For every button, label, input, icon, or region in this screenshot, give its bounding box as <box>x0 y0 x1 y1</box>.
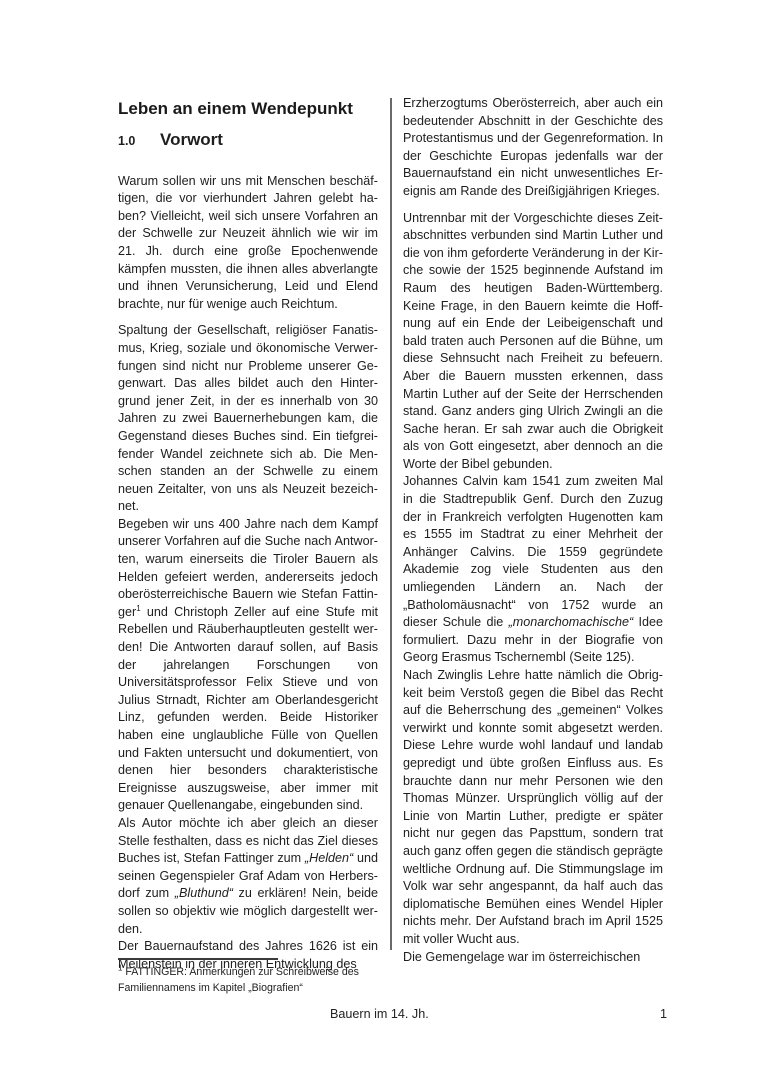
paragraph: Nach Zwinglis Lehre hatte nämlich die Ob… <box>403 667 663 949</box>
footnote-text: FATTINGER: Anmerkungen zur Schreibweise … <box>118 966 359 994</box>
emphasis-text: „monarchomachi­sche“ <box>509 615 634 629</box>
paragraph-text: Johannes Calvin kam 1541 zum zweiten Mal… <box>403 474 663 629</box>
page-number: 1 <box>660 1007 667 1021</box>
paragraph: Untrennbar mit der Vorgeschichte dieses … <box>403 210 663 474</box>
document-title: Leben an einem Wendepunkt <box>118 98 378 120</box>
footer-running-title: Bauern im 14. Jh. <box>330 1007 429 1021</box>
paragraph-text: Begeben wir uns 400 Jahre nach dem Kampf… <box>118 517 378 619</box>
section-number: 1.0 <box>118 133 160 151</box>
paragraph: Als Autor möchte ich aber gleich an dies… <box>118 815 378 938</box>
emphasis-text: „Helden“ <box>305 851 353 865</box>
paragraph: Johannes Calvin kam 1541 zum zweiten Mal… <box>403 473 663 667</box>
right-column: Erzherzogtums Oberösterreich, aber auch … <box>403 95 663 966</box>
paragraph-text: und Christoph Zeller auf eine Stufe mit … <box>118 605 378 813</box>
left-column: Leben an einem Wendepunkt 1.0 Vorwort Wa… <box>118 98 378 973</box>
paragraph: Begeben wir uns 400 Jahre nach dem Kampf… <box>118 516 378 815</box>
paragraph: Die Gemengelage war im österreichischen <box>403 949 663 967</box>
section-heading: 1.0 Vorwort <box>118 131 378 151</box>
emphasis-text: „Bluthund“ <box>175 886 233 900</box>
paragraph: Spaltung der Gesellschaft, religiöser Fa… <box>118 322 378 516</box>
paragraph: Warum sollen wir uns mit Menschen beschä… <box>118 173 378 314</box>
document-page: Leben an einem Wendepunkt 1.0 Vorwort Wa… <box>0 0 768 1077</box>
footnote: 1 FATTINGER: Anmerkungen zur Schreibweis… <box>118 964 418 996</box>
paragraph: Erzherzogtums Oberösterreich, aber auch … <box>403 95 663 201</box>
column-divider <box>390 98 392 950</box>
footnote-separator <box>118 958 278 960</box>
section-title: Vorwort <box>160 131 223 149</box>
